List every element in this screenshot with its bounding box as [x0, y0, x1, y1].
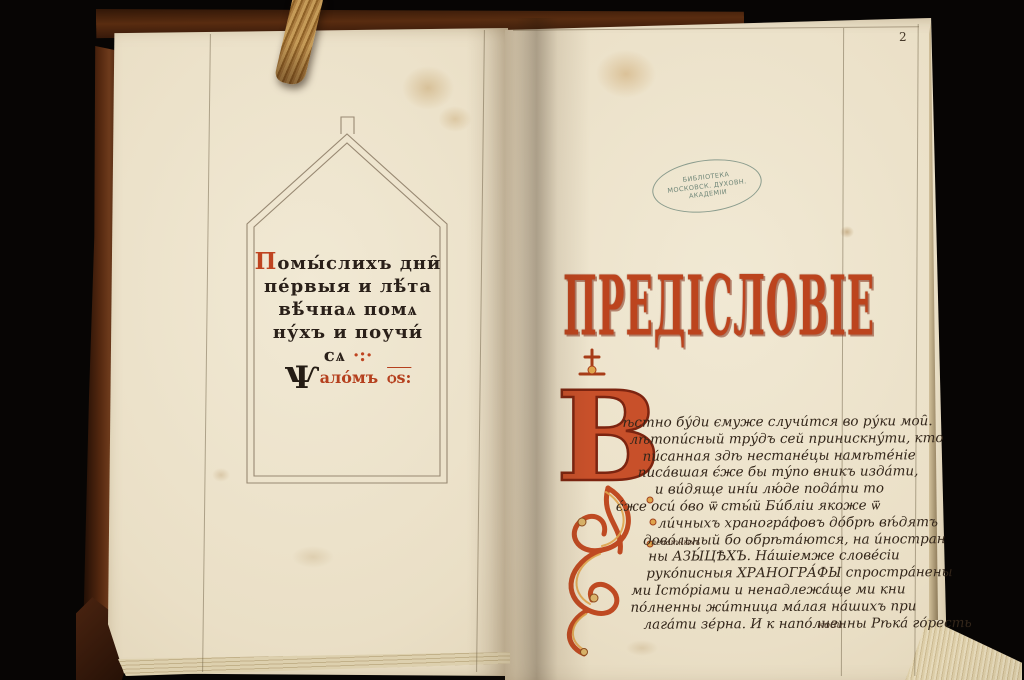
folio-number: 2	[899, 30, 907, 44]
preface-body-text: ѣстно бу́ди ємуже случи́тся во ру́ки мои…	[605, 413, 951, 633]
interlinear-correction: печатныхъ	[651, 538, 700, 547]
verse-line: Помы́слихъ дни̑	[247, 250, 449, 275]
body-line: руко́писныя ХРАНОГРА́ФЫ спростра́нены	[646, 564, 951, 582]
preface-title: ПРЕДІСЛОВІЕ	[563, 256, 873, 354]
body-line: є́же оси́ о́во ѿ сты́й Би́бліи якоже ѿ	[616, 497, 951, 516]
manuscript-photo: Помы́слихъ дни̑ пе́рвыя и лѣ́та вѣ́чнаѧ …	[0, 0, 1024, 680]
body-line: ѣстно бу́ди ємуже случи́тся во ру́ки мои…	[622, 413, 950, 432]
psalm-reference: Ѱало́мъѻѕ:	[247, 360, 449, 396]
psi-initial: Ѱ	[285, 360, 319, 396]
body-line: лѣтопи́сный тру́дъ сей принискну́ти, кто	[630, 430, 951, 448]
verse-line: вѣ́чнаѧ помѧ	[247, 298, 449, 321]
verse-line: ну́хъ и поучи́	[247, 321, 449, 344]
body-line: лага́ти зе́рна. И к напо́лненны Рѣка́ го…	[643, 615, 951, 633]
verse-initial-letter: П	[255, 248, 278, 275]
psalm-verse: Помы́слихъ дни̑ пе́рвыя и лѣ́та вѣ́чнаѧ …	[247, 250, 449, 367]
catchword: коди	[818, 620, 843, 631]
body-line: и ви́дяще ині́и лю́де пода́ти то	[655, 480, 951, 498]
verse-line: пе́рвыя и лѣ́та	[247, 275, 449, 298]
body-line: ми Істо́ріами и ненадлежа́ще ми кни	[631, 581, 951, 599]
psalm-number: ѻѕ:	[387, 368, 411, 387]
body-line: по́лненны жи́тница ма́лая на́шихъ при	[630, 598, 951, 616]
body-line: ли́чныхъ храногра́фовъ до́брѣ вѣ́дятъ	[658, 514, 951, 532]
psalm-word: ало́мъ	[320, 368, 379, 387]
body-line: ны АЗЫ́ЦѢХЪ. На́шіемже слове́сіи	[648, 547, 951, 565]
body-line: писа́вшая є́же бы ту́по вникъ изда́ти,	[638, 463, 951, 481]
body-line: пи́санная здѣ нестане́цы намѣте́ніе	[643, 447, 951, 465]
gutter-shadow	[466, 18, 590, 680]
